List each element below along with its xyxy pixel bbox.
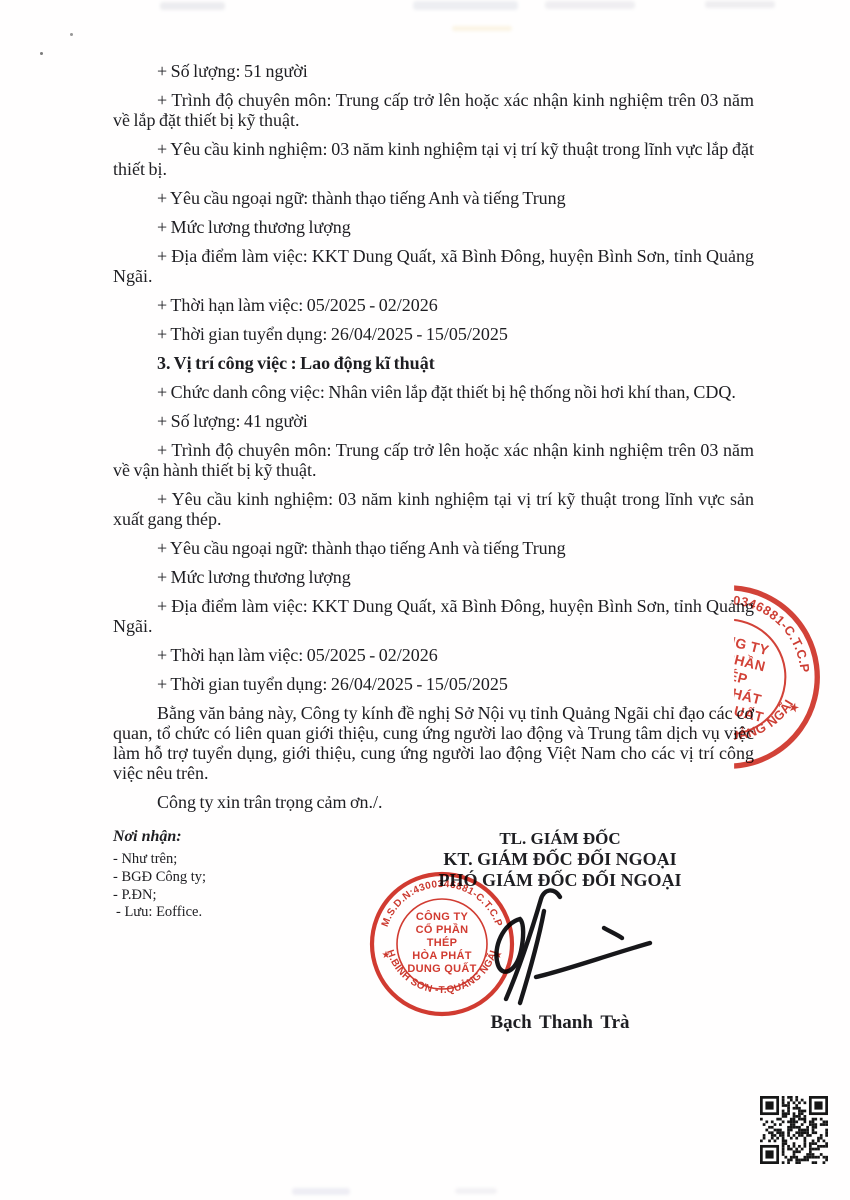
section-heading: 3. Vị trí công việc : Lao động kĩ thuật [113, 353, 754, 373]
scan-artifact [705, 1, 775, 8]
list-item: + Thời gian tuyển dụng: 26/04/2025 - 15/… [113, 324, 754, 344]
handwritten-signature [478, 885, 663, 1015]
scan-artifact [545, 1, 635, 9]
list-item: + Địa điểm làm việc: KKT Dung Quất, xã B… [113, 246, 754, 286]
stamp-center-line: CÔNG TY [416, 910, 469, 923]
scan-artifact [452, 26, 512, 31]
recipient-item: - Như trên; [113, 851, 333, 869]
scanned-document-page: + Số lượng: 51 người + Trình độ chuyên m… [0, 0, 850, 1200]
closing-paragraph: Bằng văn bảng này, Công ty kính đề nghị … [113, 703, 754, 783]
scan-artifact [70, 33, 73, 36]
signer-name: Bạch Thanh Trà [450, 1012, 670, 1034]
star-icon: ★ [382, 950, 391, 961]
stamp-center-line: CỔ PHẦN [416, 923, 469, 936]
list-item: + Mức lương thương lượng [113, 217, 754, 237]
list-item: + Trình độ chuyên môn: Trung cấp trở lên… [113, 440, 754, 480]
list-item: + Yêu cầu kinh nghiệm: 03 năm kinh nghiệ… [113, 139, 754, 179]
closing-thanks: Công ty xin trân trọng cảm ơn./. [113, 792, 754, 812]
list-item: + Chức danh công việc: Nhân viên lắp đặt… [113, 382, 754, 402]
list-item: + Mức lương thương lượng [113, 567, 754, 587]
signature-title-line: TL. GIÁM ĐỐC [390, 829, 730, 849]
stamp-center-line: THÉP [427, 936, 458, 949]
stamp-center-line: DUNG QUẤT [407, 962, 476, 975]
stamp-center-line: HÒA PHÁT [412, 949, 471, 962]
scan-artifact [40, 52, 43, 55]
scan-artifact [413, 1, 518, 10]
recipients-block: Nơi nhận: - Như trên; - BGĐ Công ty; - P… [113, 827, 333, 922]
scan-artifact [160, 2, 225, 10]
recipient-item: - BGĐ Công ty; [113, 869, 333, 887]
list-item: + Thời hạn làm việc: 05/2025 - 02/2026 [113, 295, 754, 315]
qr-code [760, 1096, 828, 1164]
document-body: + Số lượng: 51 người + Trình độ chuyên m… [113, 61, 754, 821]
list-item: + Số lượng: 41 người [113, 411, 754, 431]
scan-artifact [292, 1188, 350, 1195]
recipient-item: - Lưu: Eoffice. [113, 904, 333, 922]
list-item: + Yêu cầu kinh nghiệm: 03 năm kinh nghiệ… [113, 489, 754, 529]
list-item: + Thời gian tuyển dụng: 26/04/2025 - 15/… [113, 674, 754, 694]
list-item: + Thời hạn làm việc: 05/2025 - 02/2026 [113, 645, 754, 665]
list-item: + Số lượng: 51 người [113, 61, 754, 81]
recipient-item: - P.ĐN; [113, 887, 333, 905]
list-item: + Yêu cầu ngoại ngữ: thành thạo tiếng An… [113, 188, 754, 208]
list-item: + Yêu cầu ngoại ngữ: thành thạo tiếng An… [113, 538, 754, 558]
recipients-title: Nơi nhận: [113, 827, 333, 847]
list-item: + Địa điểm làm việc: KKT Dung Quất, xã B… [113, 596, 754, 636]
list-item: + Trình độ chuyên môn: Trung cấp trở lên… [113, 90, 754, 130]
scan-artifact [455, 1188, 497, 1194]
star-icon: ★ [786, 700, 801, 717]
